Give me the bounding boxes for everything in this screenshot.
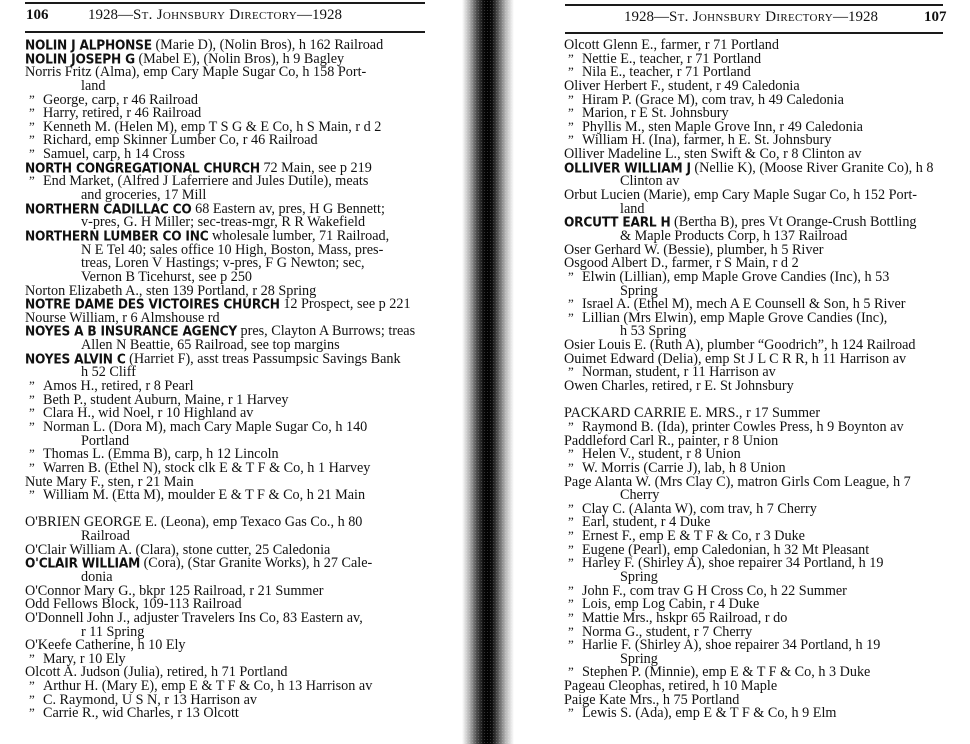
entry-line: NOYES ALVIN C (Harriet F), asst treas Pa… [25,353,435,367]
directory-entry: Norris Fritz (Alma), emp Cary Maple Suga… [25,66,435,93]
entry-text: (Harriet F), asst treas Passumpsic Savin… [126,351,401,367]
directory-entry: NORTHERN CADILLAC CO 68 Eastern av, pres… [25,203,435,230]
entry-text: Owen Charles, retired, r E. St Johnsbury [564,378,794,394]
entry-text: O'BRIEN GEORGE E. (Leona), emp Texaco Ga… [25,514,362,530]
entry-text: Carrie R., wid Charles, r 13 Olcott [43,705,239,721]
entry-text: Norris Fritz (Alma), emp Cary Maple Suga… [25,64,366,80]
entry-line: Owen Charles, retired, r E. St Johnsbury [564,380,964,394]
directory-entry-ditto: Lewis S. (Ada), emp E & T F & Co, h 9 El… [564,707,964,721]
header-top-rule [565,4,943,6]
directory-entry: O'CLAIR WILLIAM (Cora), (Star Granite Wo… [25,557,435,584]
entry-text: William M. (Etta M), moulder E & T F & C… [43,487,365,503]
entry-bold-name: NORTHERN LUMBER CO INC [25,229,209,244]
entry-bold-name: NOYES A B INSURANCE AGENCY [25,325,237,340]
directory-entry: Owen Charles, retired, r E. St Johnsbury [564,380,964,394]
directory-entry-ditto: Norman L. (Dora M), mach Cary Maple Suga… [25,421,435,448]
entry-bold-name: NORTHERN CADILLAC CO [25,202,192,217]
directory-entry: O'Donnell John J., adjuster Travelers In… [25,612,435,639]
directory-entry-ditto: Elwin (Lillian), emp Maple Grove Candies… [564,271,964,298]
entry-text: (Nellie K), (Moose River Granite Co), h … [691,160,934,176]
entry-text: Lewis S. (Ada), emp E & T F & Co, h 9 El… [582,705,836,721]
entry-line: OLLIVER WILLIAM J (Nellie K), (Moose Riv… [564,162,964,176]
entry-text: Orbut Lucien (Marie), emp Cary Maple Sug… [564,187,917,203]
directory-entry: ORCUTT EARL H (Bertha B), pres Vt Orange… [564,216,964,243]
header-bottom-rule [565,32,943,34]
header-year-right: —1928 [297,7,342,23]
running-header: 1928—St. Johnsbury Directory—1928 [88,7,342,24]
entry-text: 12 Prospect, see p 221 [280,296,411,312]
directory-entry-ditto: Harley F. (Shirley A), shoe repairer 34 … [564,557,964,584]
directory-entry-ditto: William M. (Etta M), moulder E & T F & C… [25,489,435,503]
directory-entry: NORTHERN LUMBER CO INC wholesale lumber,… [25,230,435,285]
header-year-left: 1928— [88,7,133,23]
directory-entries: Olcott Glenn E., farmer, r 71 PortlandNe… [564,39,964,721]
directory-entry: O'BRIEN GEORGE E. (Leona), emp Texaco Ga… [25,516,435,543]
directory-entries: NOLIN J ALPHONSE (Marie D), (Nolin Bros)… [25,39,435,721]
directory-entry-ditto: Carrie R., wid Charles, r 13 Olcott [25,707,435,721]
header-top-rule [25,2,425,4]
header-year-right: —1928 [833,9,878,25]
directory-entry: OLLIVER WILLIAM J (Nellie K), (Moose Riv… [564,162,964,189]
left-page: 106 1928—St. Johnsbury Directory—1928 NO… [0,0,470,744]
header-bottom-rule [25,31,425,33]
directory-entry: Orbut Lucien (Marie), emp Cary Maple Sug… [564,189,964,216]
entry-bold-name: O'CLAIR WILLIAM [25,557,140,572]
running-header: 1928—St. Johnsbury Directory—1928 [624,9,878,26]
book-spine-gutter [462,0,514,744]
directory-entry: NOYES ALVIN C (Harriet F), asst treas Pa… [25,353,435,380]
entry-bold-name: OLLIVER WILLIAM J [564,161,691,176]
entry-text: O'Donnell John J., adjuster Travelers In… [25,610,363,626]
directory-entry-ditto: End Market, (Alfred J Laferriere and Jul… [25,175,435,202]
header-title: St. Johnsbury Directory [669,9,833,25]
entry-bold-name: NOYES ALVIN C [25,352,126,367]
entry-line: William M. (Etta M), moulder E & T F & C… [25,489,435,503]
entry-text: (Cora), (Star Granite Works), h 27 Cale- [140,555,372,571]
directory-entry: NOYES A B INSURANCE AGENCY pres, Clayton… [25,325,435,352]
entry-text: Page Alanta W. (Mrs Clay C), matron Girl… [564,474,911,490]
entry-line: Lewis S. (Ada), emp E & T F & Co, h 9 El… [564,707,964,721]
header-title: St. Johnsbury Directory [133,7,297,23]
entry-line: O'CLAIR WILLIAM (Cora), (Star Granite Wo… [25,557,435,571]
entry-bold-name: ORCUTT EARL H [564,216,671,231]
directory-entry: Page Alanta W. (Mrs Clay C), matron Girl… [564,476,964,503]
page-number: 107 [924,9,947,26]
page-number: 106 [26,7,49,24]
right-page: 1928—St. Johnsbury Directory—1928 107 Ol… [510,0,970,744]
entry-line: NOYES A B INSURANCE AGENCY pres, Clayton… [25,325,435,339]
entry-line: Carrie R., wid Charles, r 13 Olcott [25,707,435,721]
directory-entry-ditto: Lillian (Mrs Elwin), emp Maple Grove Can… [564,312,964,339]
header-year-left: 1928— [624,9,669,25]
directory-entry-ditto: Harlie F. (Shirley A), shoe repairer 34 … [564,639,964,666]
